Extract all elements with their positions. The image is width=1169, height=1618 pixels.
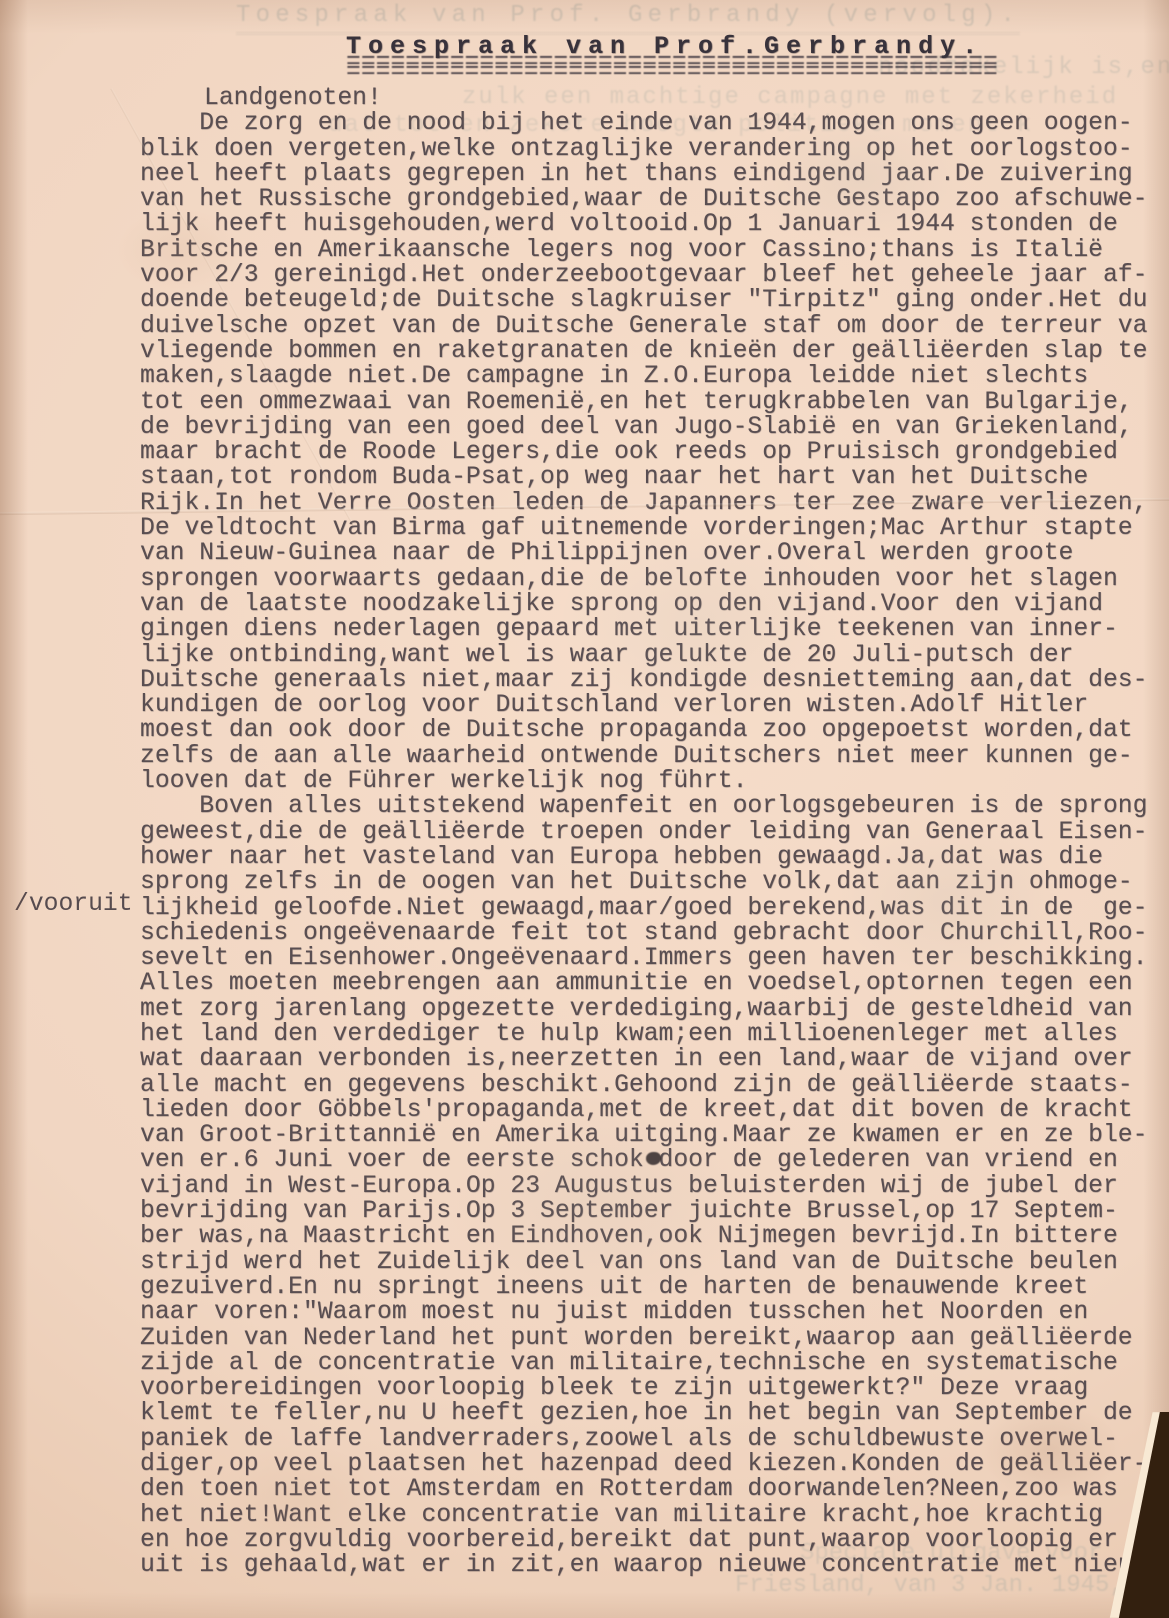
body-line: met zorg jarenlang opgezette verdediging… bbox=[140, 997, 1169, 1022]
body-line: den toen niet tot Amsterdam en Rotterdam… bbox=[140, 1477, 1169, 1502]
body-line: de bevrijding van een goed deel van Jugo… bbox=[140, 415, 1169, 440]
body-line: van Groot-Brittannië en Amerika uitging.… bbox=[140, 1123, 1169, 1148]
body-line: paniek de laffe landverraders,zoowel als… bbox=[140, 1427, 1169, 1452]
body-line: van de laatste noodzakelijke sprong op d… bbox=[140, 592, 1169, 617]
body-line: strijd werd het Zuidelijk deel van ons l… bbox=[140, 1250, 1169, 1275]
body-line: kundigen de oorlog voor Duitschland verl… bbox=[140, 693, 1169, 718]
body-line: vliegende bommen en raketgranaten de kni… bbox=[140, 339, 1169, 364]
title-underline-row: ========================================… bbox=[346, 61, 998, 71]
body-line: zelfs de aan alle waarheid ontwende Duit… bbox=[140, 744, 1169, 769]
body-line: lieden door Göbbels'propaganda,met de kr… bbox=[140, 1098, 1169, 1123]
body-line: sprongen voorwaarts gedaan,die de beloft… bbox=[140, 567, 1169, 592]
body-line: looven dat de Führer werkelijk nog führt… bbox=[140, 769, 1169, 794]
body-line: diger,op veel plaatsen het hazenpad deed… bbox=[140, 1452, 1169, 1477]
body-line: sprong zelfs in de oogen van het Duitsch… bbox=[140, 870, 1169, 895]
body-line: moest dan ook door de Duitsche propagand… bbox=[140, 718, 1169, 743]
speech-body: Landgenoten! De zorg en de nood bij het … bbox=[140, 86, 1169, 1579]
body-line: schiedenis ongeëvenaarde feit tot stand … bbox=[140, 921, 1169, 946]
body-line: De zorg en de nood bij het einde van 194… bbox=[140, 111, 1169, 136]
body-line: Rijk.In het Verre Oosten leden de Japann… bbox=[140, 491, 1169, 516]
body-line: bevrijding van Parijs.Op 3 September jui… bbox=[140, 1199, 1169, 1224]
body-line: Alles moeten meebrengen aan ammunitie en… bbox=[140, 971, 1169, 996]
body-line: het land den verdediger te hulp kwam;een… bbox=[140, 1022, 1169, 1047]
title-underline: ========================================… bbox=[346, 51, 998, 71]
body-line: uit is gehaald,wat er in zit,en waarop n… bbox=[140, 1553, 1169, 1578]
body-line: Britsche en Amerikaansche legers nog voo… bbox=[140, 238, 1169, 263]
body-line: hower naar het vasteland van Europa hebb… bbox=[140, 845, 1169, 870]
body-line: Zuiden van Nederland het punt worden ber… bbox=[140, 1326, 1169, 1351]
body-line: en hoe zorgvuldig voorbereid,bereikt dat… bbox=[140, 1528, 1169, 1553]
salutation: Landgenoten! bbox=[140, 86, 1169, 111]
body-line: zijde al de concentratie van militaire,t… bbox=[140, 1351, 1169, 1376]
body-line: maken,slaagde niet.De campagne in Z.O.Eu… bbox=[140, 364, 1169, 389]
body-line: lijkheid geloofde.Niet gewaagd,maar/goed… bbox=[140, 896, 1169, 921]
body-line: naar voren:"Waarom moest nu juist midden… bbox=[140, 1300, 1169, 1325]
body-line: lijke ontbinding,want wel is waar gelukt… bbox=[140, 643, 1169, 668]
body-line: sevelt en Eisenhower.Ongeëvenaard.Immers… bbox=[140, 946, 1169, 971]
ghost-header-bleedthrough: Toespraak van Prof. Gerbrandy (vervolg). bbox=[236, 2, 1020, 35]
body-line: Duitsche generaals niet,maar zij kondigd… bbox=[140, 668, 1169, 693]
body-line: blik doen vergeten,welke ontzaglijke ver… bbox=[140, 137, 1169, 162]
body-line: klemt te feller,nu U heeft gezien,hoe in… bbox=[140, 1401, 1169, 1426]
document-page: Toespraak van Prof. Gerbrandy (vervolg).… bbox=[0, 0, 1169, 1618]
body-line: gezuiverd.En nu springt ineens uit de ha… bbox=[140, 1275, 1169, 1300]
body-line: duivelsche opzet van de Duitsche General… bbox=[140, 314, 1169, 339]
body-line: geweest,die de geälliëerde troepen onder… bbox=[140, 820, 1169, 845]
body-line: alle macht en gegevens beschikt.Gehoond … bbox=[140, 1073, 1169, 1098]
body-line: van het Russische grondgebied,waar de Du… bbox=[140, 187, 1169, 212]
body-line: doende beteugeld;de Duitsche slagkruiser… bbox=[140, 288, 1169, 313]
body-line: voorbereidingen voorloopig bleek te zijn… bbox=[140, 1376, 1169, 1401]
body-line: het niet!Want elke concentratie van mili… bbox=[140, 1503, 1169, 1528]
body-line: wat daaraan verbonden is,neerzetten in e… bbox=[140, 1047, 1169, 1072]
body-line: voor 2/3 gereinigd.Het onderzeebootgevaa… bbox=[140, 263, 1169, 288]
body-line: Boven alles uitstekend wapenfeit en oorl… bbox=[140, 794, 1169, 819]
body-line: staan,tot rondom Buda-Psat,op weg naar h… bbox=[140, 465, 1169, 490]
body-line: De veldtocht van Birma gaf uitnemende vo… bbox=[140, 516, 1169, 541]
body-line: maar bracht de Roode Legers,die ook reed… bbox=[140, 440, 1169, 465]
body-line: lijk heeft huisgehouden,werd voltooid.Op… bbox=[140, 212, 1169, 237]
body-line: tot een ommezwaai van Roemenië,en het te… bbox=[140, 390, 1169, 415]
body-line: van Nieuw-Guinea naar de Philippijnen ov… bbox=[140, 541, 1169, 566]
body-line: vijand in West-Europa.Op 23 Augustus bel… bbox=[140, 1174, 1169, 1199]
margin-annotation: /vooruit bbox=[14, 890, 133, 918]
body-line: neel heeft plaats gegrepen in het thans … bbox=[140, 162, 1169, 187]
body-line: ber was,na Maastricht en Eindhoven,ook N… bbox=[140, 1224, 1169, 1249]
body-line: gingen diens nederlagen gepaard met uite… bbox=[140, 617, 1169, 642]
